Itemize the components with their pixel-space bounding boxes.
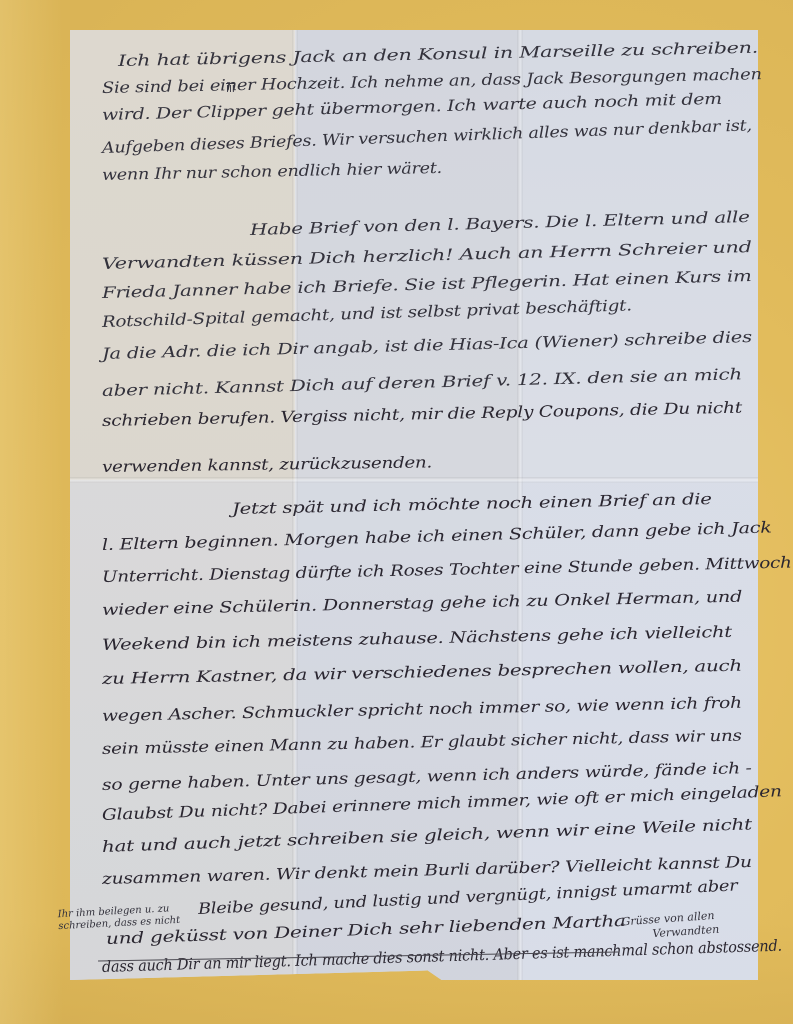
horizontal-fold [70,477,758,483]
